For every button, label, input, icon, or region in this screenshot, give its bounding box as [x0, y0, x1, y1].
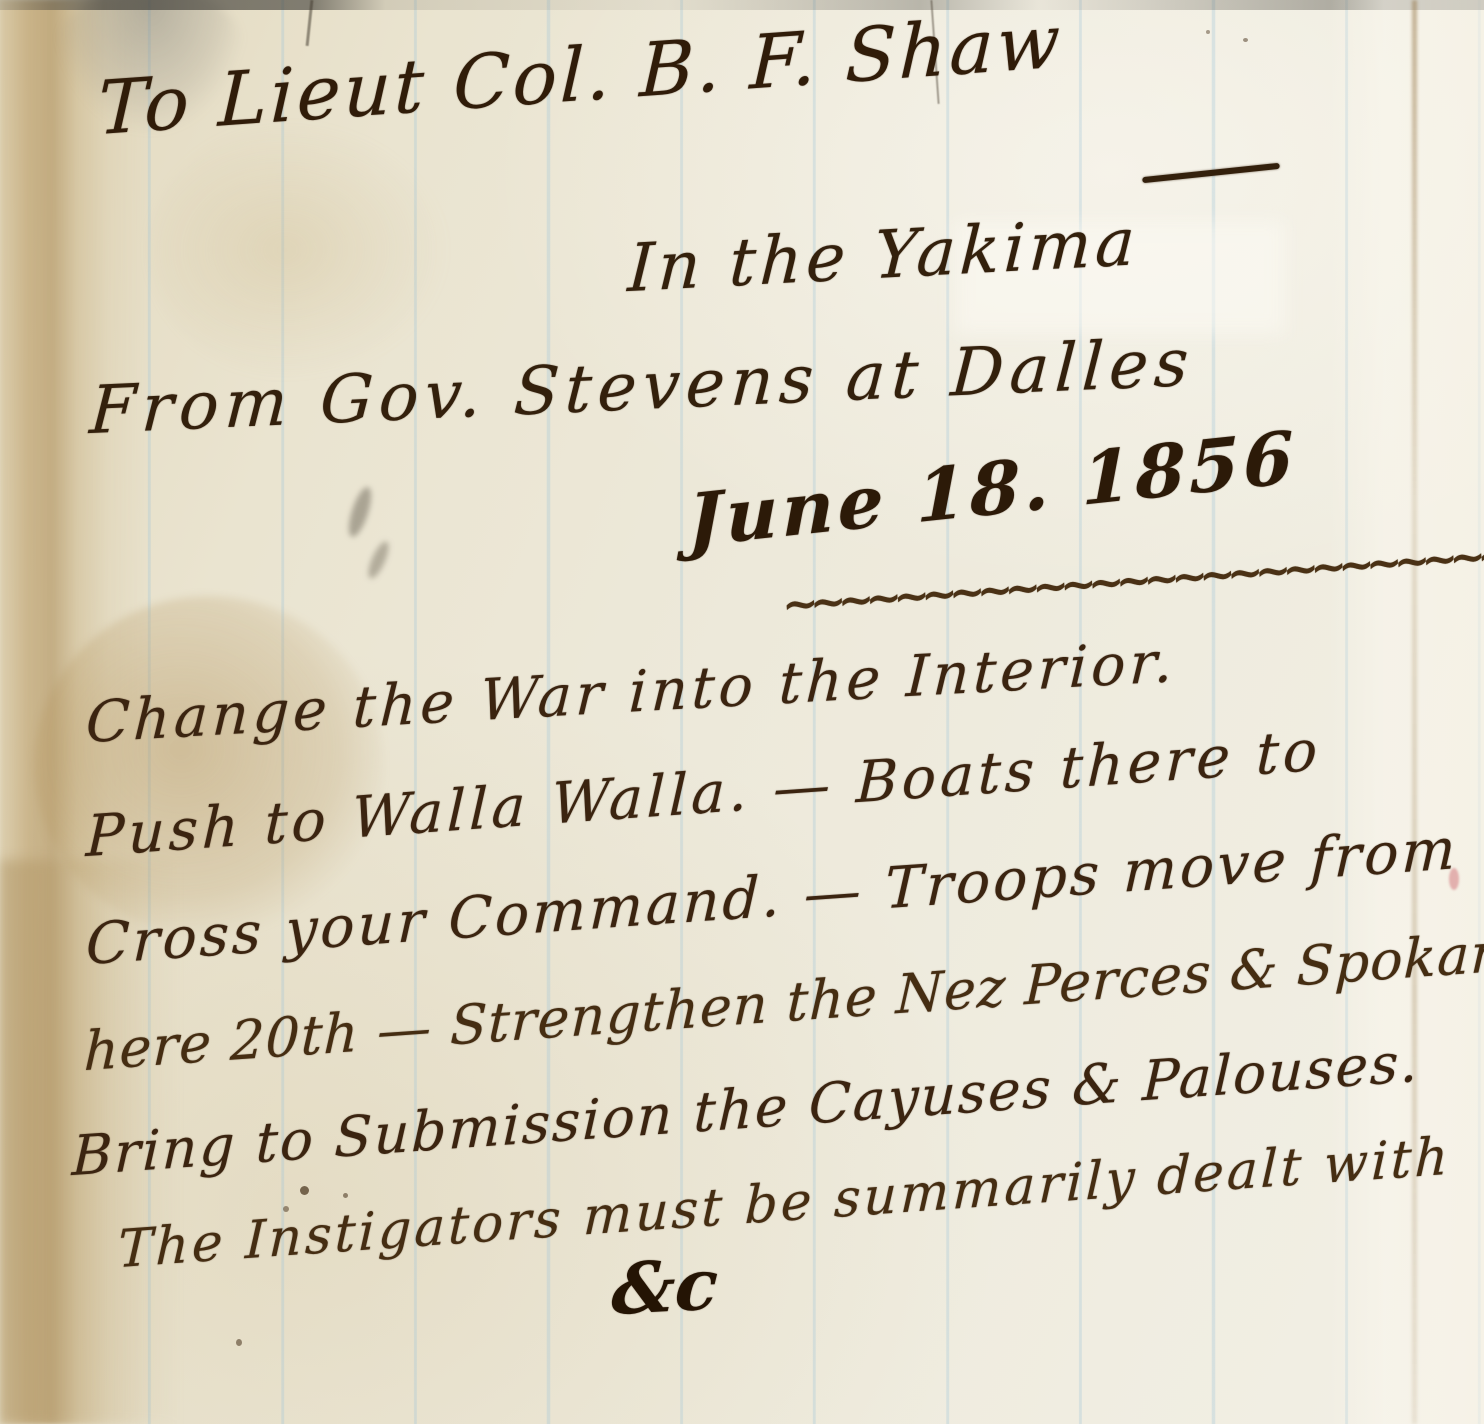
ink-smudge — [344, 485, 375, 539]
line-location: In the Yakima — [626, 203, 1141, 307]
ink-smudge — [364, 539, 392, 581]
ink-speck — [236, 1339, 242, 1346]
body-line-1: Change the War into the Interior. — [84, 629, 1178, 756]
pen-flourish-stroke — [1142, 163, 1280, 183]
closing-etcetera: &c — [610, 1242, 720, 1331]
ink-speck — [1206, 30, 1210, 34]
right-crease-line — [1412, 0, 1417, 1424]
stain-mid-left — [34, 596, 384, 936]
document-scan: To Lieut Col. B. F. Shaw In the Yakima F… — [0, 0, 1484, 1424]
ink-speck — [1243, 38, 1248, 42]
line-date: June 18. 1856 — [688, 414, 1297, 563]
page-top-edge-shadow — [0, 0, 1484, 10]
crack-mark — [306, 0, 314, 46]
stain-upper-left — [150, 120, 450, 380]
ink-speck — [343, 1193, 348, 1198]
ink-speck — [300, 1186, 309, 1195]
right-light-band — [1330, 0, 1484, 1424]
line-addressee: To Lieut Col. B. F. Shaw — [96, 0, 1064, 152]
line-sender: From Gov. Stevens at Dalles — [88, 324, 1197, 449]
